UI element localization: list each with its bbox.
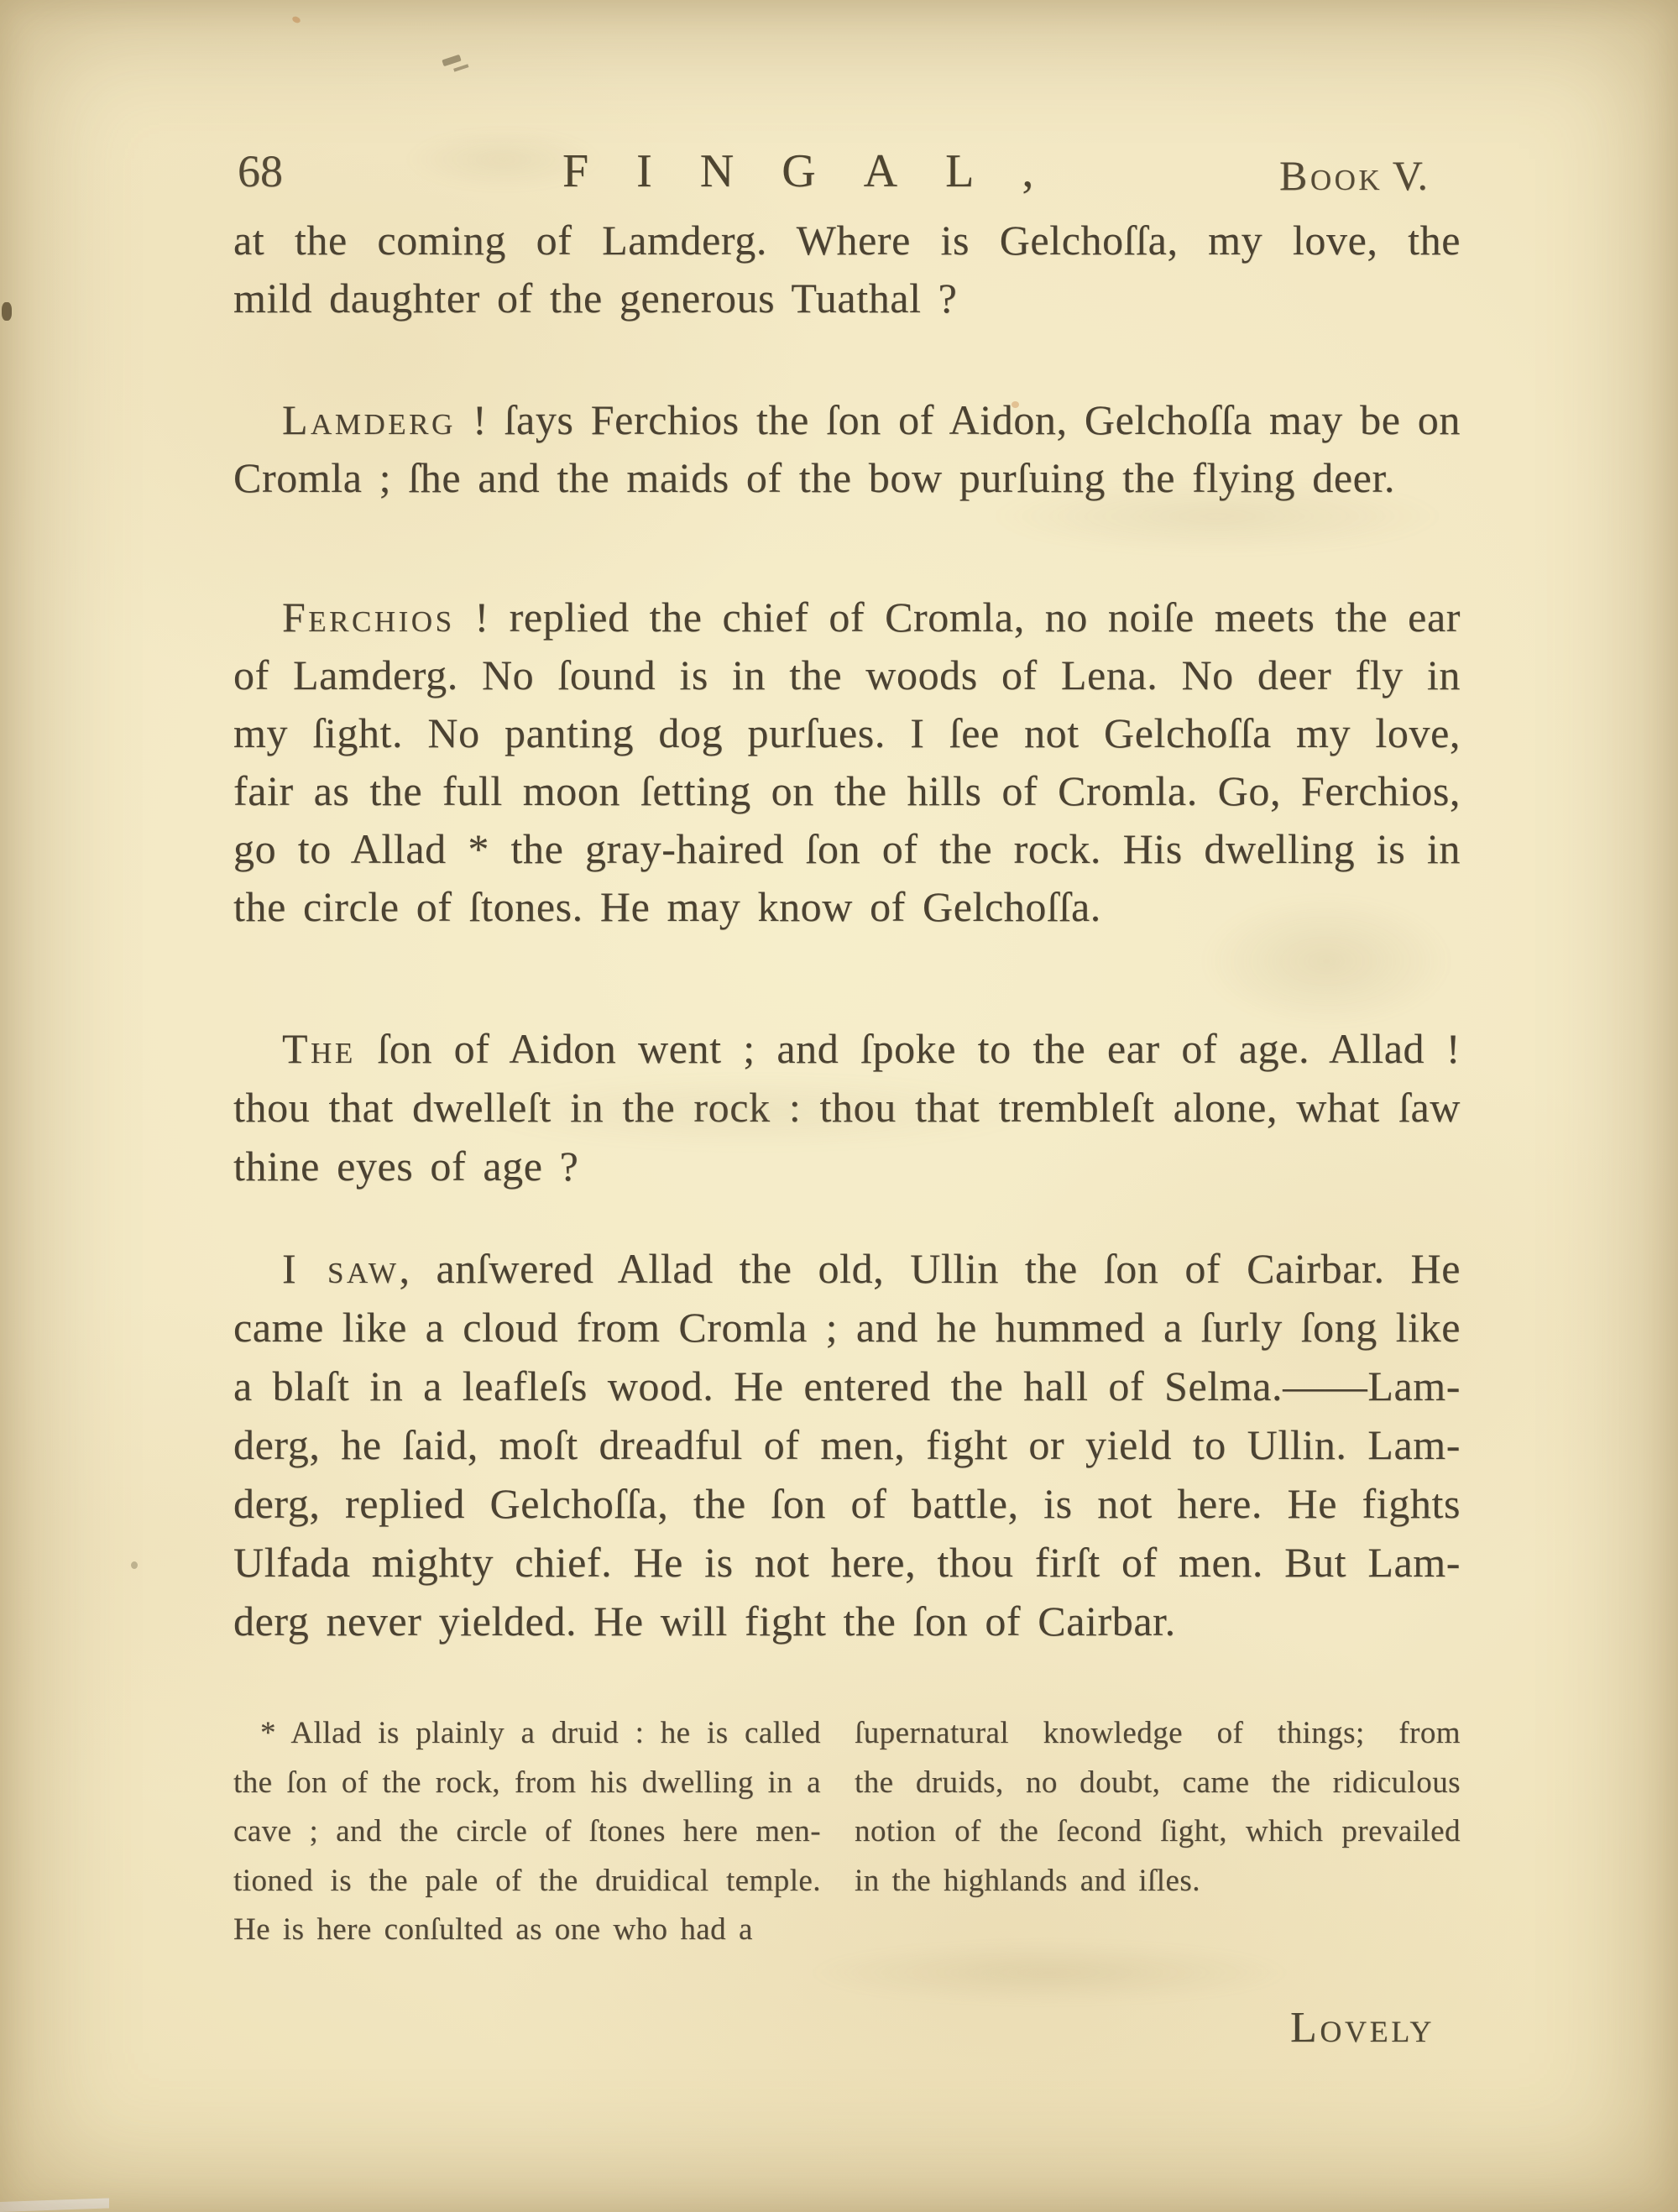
paragraph-lead: I saw xyxy=(282,1245,399,1292)
footnote-line: the ſon of the rock, from his dwelling i… xyxy=(233,1759,821,1808)
paragraph-3: Ferchios ! replied the chief of Cromla, … xyxy=(233,588,1461,936)
footnote-left-column: * Allad is plainly a druid : he is calle… xyxy=(233,1709,821,1955)
book-page-scan: 68 FINGAL, Book V. at the coming of Lamd… xyxy=(0,0,1678,2212)
show-through-smudge xyxy=(781,1939,1318,2006)
text-line-rest: ! ſays Ferchios the ſon of Aidon, Gelcho… xyxy=(456,396,1461,443)
text-line-rest: , anſwered Allad the old, Ullin the ſon … xyxy=(399,1245,1461,1292)
paper-fleck xyxy=(291,15,301,24)
paragraph-5: I saw, anſwered Allad the old, Ullin the… xyxy=(233,1239,1461,1650)
text-line: the circle of ſtones. He may know of Gel… xyxy=(233,878,1461,936)
text-line-rest: ſon of Aidon went ; and ſpoke to the ear… xyxy=(356,1025,1461,1072)
text-line: The ſon of Aidon went ; and ſpoke to the… xyxy=(233,1019,1461,1078)
text-line: my ſight. No panting dog purſues. I ſee … xyxy=(233,704,1461,762)
paragraph-4: The ſon of Aidon went ; and ſpoke to the… xyxy=(233,1019,1461,1195)
text-line: derg, replied Gelchoſſa, the ſon of batt… xyxy=(233,1474,1461,1533)
footnote-line: ſupernatural knowledge of things; from xyxy=(855,1709,1461,1759)
text-line: a blaſt in a leafleſs wood. He entered t… xyxy=(233,1357,1461,1415)
text-line: derg never yielded. He will fight the ſo… xyxy=(233,1592,1461,1650)
text-line: thou that dwelleſt in the rock : thou th… xyxy=(233,1078,1461,1137)
paragraph-lead: Lamderg xyxy=(282,396,456,443)
footnote-line: He is here conſulted as one who had a xyxy=(233,1906,821,1955)
book-label-lead: Book xyxy=(1279,152,1383,199)
book-label: Book V. xyxy=(1279,154,1428,196)
footnote-right-column: ſupernatural knowledge of things; from t… xyxy=(855,1709,1461,1906)
text-line: derg, he ſaid, moſt dreadful of men, fig… xyxy=(233,1415,1461,1474)
text-line: Ferchios ! replied the chief of Cromla, … xyxy=(233,588,1461,646)
text-line: mild daughter of the generous Tuathal ? xyxy=(233,269,1461,327)
footnote-line: tioned is the pale of the druidical temp… xyxy=(233,1857,821,1906)
footnote-line: * Allad is plainly a druid : he is calle… xyxy=(233,1709,821,1759)
text-line-rest: ! replied the chief of Cromla, no noiſe … xyxy=(455,594,1461,641)
footnote-line: the druids, no doubt, came the ridiculou… xyxy=(855,1759,1461,1808)
text-line: came like a cloud from Cromla ; and he h… xyxy=(233,1298,1461,1357)
text-line: thine eyes of age ? xyxy=(233,1137,1461,1195)
text-line: Cromla ; ſhe and the maids of the bow pu… xyxy=(233,449,1461,507)
scan-corner-gap xyxy=(0,2198,109,2212)
paragraph-2: Lamderg ! ſays Ferchios the ſon of Aidon… xyxy=(233,391,1461,507)
edge-speck xyxy=(2,302,12,321)
paragraph-lead: Ferchios xyxy=(282,594,455,641)
text-line: at the coming of Lamderg. Where is Gelch… xyxy=(233,212,1461,269)
text-line: Lamderg ! ſays Ferchios the ſon of Aidon… xyxy=(233,391,1461,449)
ink-speck xyxy=(442,55,461,66)
footnote-line: in the highlands and iſles. xyxy=(855,1857,1461,1906)
text-line: Ulfada mighty chief. He is not here, tho… xyxy=(233,1533,1461,1592)
paragraph-1: at the coming of Lamderg. Where is Gelch… xyxy=(233,212,1461,327)
page-number: 68 xyxy=(238,149,283,194)
paragraph-lead: The xyxy=(282,1025,356,1072)
text-line: of Lamderg. No ſound is in the woods of … xyxy=(233,646,1461,704)
catchword: Lovely xyxy=(1290,2006,1435,2050)
text-line: I saw, anſwered Allad the old, Ullin the… xyxy=(233,1239,1461,1298)
footnote-line: cave ; and the circle of ſtones here men… xyxy=(233,1807,821,1857)
book-label-number: V. xyxy=(1383,152,1428,199)
running-title: FINGAL, xyxy=(562,148,1081,195)
ink-speck xyxy=(131,1561,138,1569)
text-line: fair as the full moon ſetting on the hil… xyxy=(233,762,1461,820)
footnote-line: notion of the ſecond ſight, which prevai… xyxy=(855,1807,1461,1857)
text-line: go to Allad * the gray-haired ſon of the… xyxy=(233,820,1461,878)
